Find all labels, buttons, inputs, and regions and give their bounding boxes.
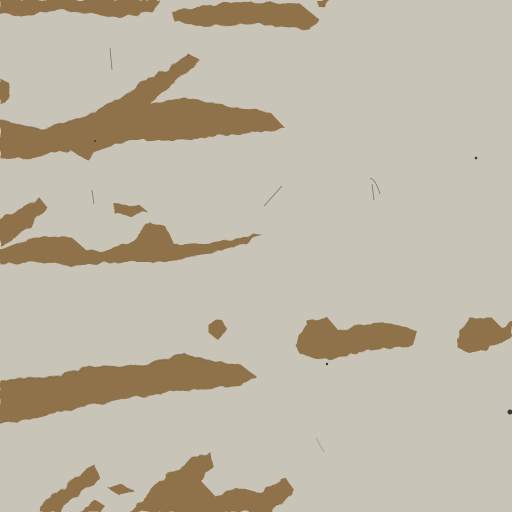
paper-texture-image <box>0 0 512 512</box>
paint-strokes <box>0 0 512 512</box>
